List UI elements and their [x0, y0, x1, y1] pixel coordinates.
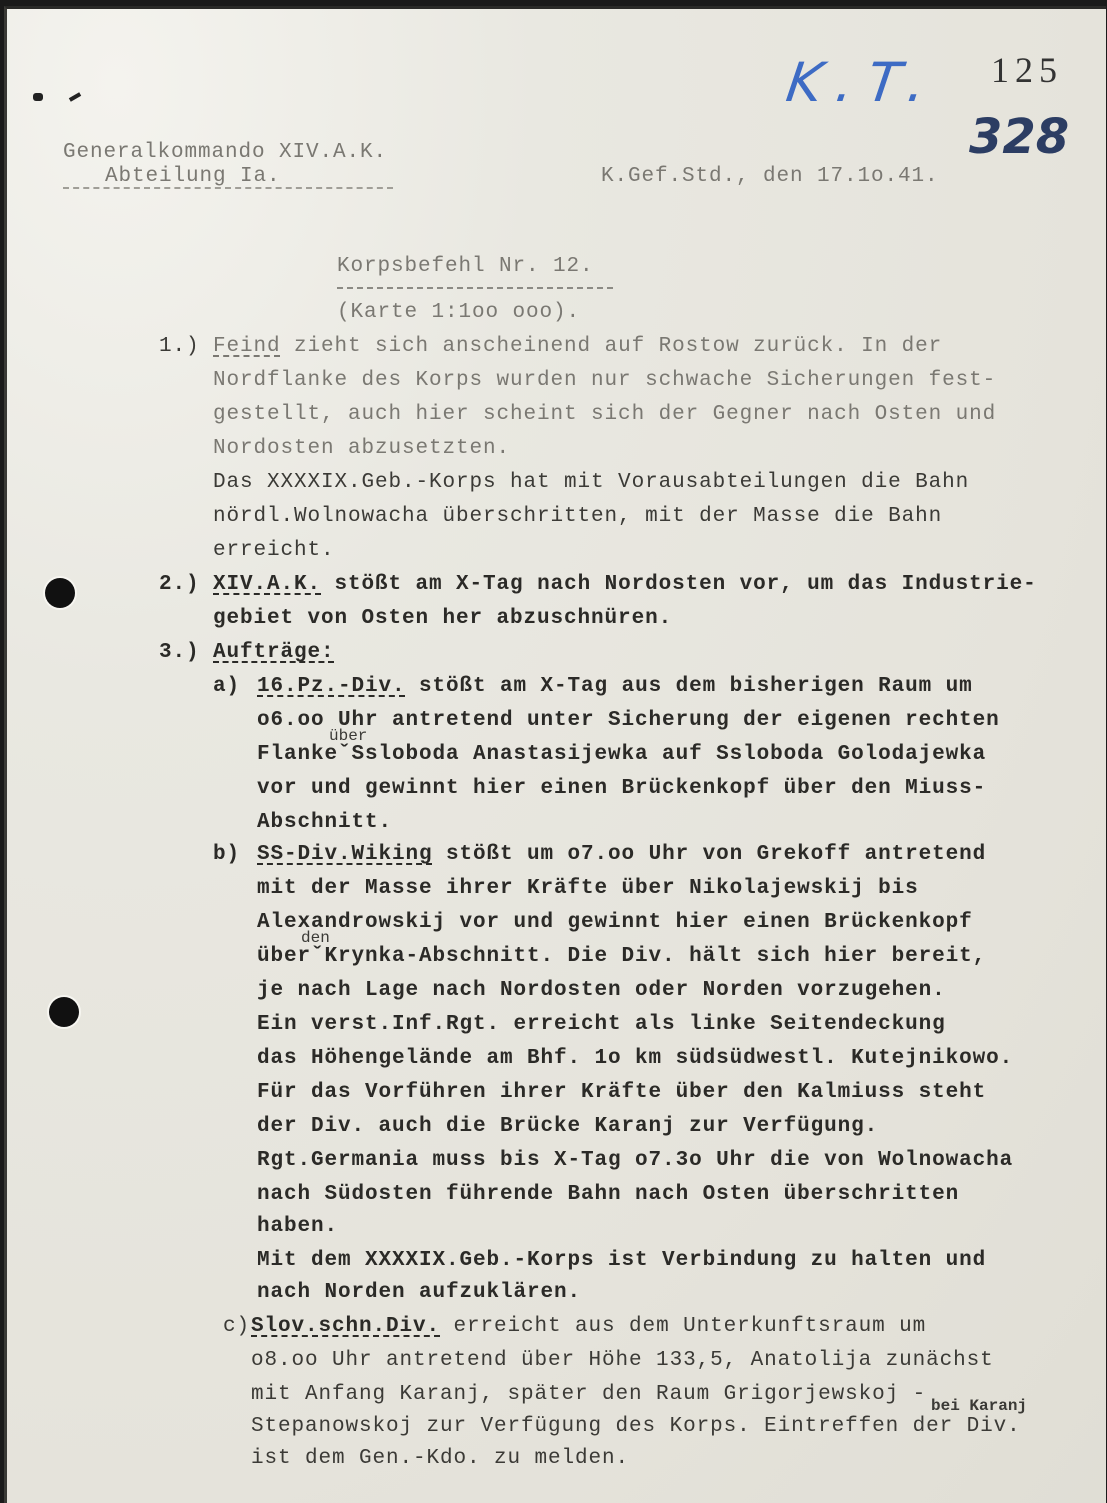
wiking-underlined: SS-Div.Wiking [257, 843, 433, 866]
section-2-line-1: XIV.A.K. stößt am X-Tag nach Nordosten v… [213, 573, 1037, 596]
corps-underlined: XIV.A.K. [213, 573, 321, 596]
item-a-line-4: vor und gewinnt hier einen Brückenkopf ü… [257, 777, 986, 800]
item-b-line-5: je nach Lage nach Nordosten oder Norden … [257, 979, 946, 1002]
page-number-stamp: 125 [991, 49, 1063, 91]
item-b-line-11: nach Südosten führende Bahn nach Osten ü… [257, 1183, 959, 1206]
punch-hole [49, 997, 79, 1027]
item-b-line-1: SS-Div.Wiking stößt um o7.oo Uhr von Gre… [257, 843, 986, 866]
item-b-line-14: nach Norden aufzuklären. [257, 1281, 581, 1304]
section-3-marker: 3.) [159, 641, 200, 664]
item-b-line-7: das Höhengelände am Bhf. 1o km südsüdwes… [257, 1047, 1013, 1070]
ink-speck [33, 93, 43, 101]
section-1-line-2: Nordflanke des Korps wurden nur schwache… [213, 369, 996, 392]
section-1-line-1: Feind zieht sich anscheinend auf Rostow … [213, 335, 942, 358]
ink-speck [69, 92, 81, 101]
item-a-marker: a) [213, 675, 240, 698]
office-line-2: Abteilung Ia. [105, 165, 281, 188]
item-a-line-2: o6.oo Uhr antretend unter Sicherung der … [257, 709, 1000, 732]
item-b-marker: b) [213, 843, 240, 866]
item-c-line-5: ist dem Gen.-Kdo. zu melden. [251, 1447, 629, 1470]
title-rule [337, 287, 613, 289]
item-b-line-12: haben. [257, 1215, 338, 1238]
item-c-line-3: mit Anfang Karanj, später den Raum Grigo… [251, 1383, 926, 1406]
item-c-line-4: Stepanowskoj zur Verfügung des Korps. Ei… [251, 1415, 1021, 1438]
section-1-line-7: erreicht. [213, 539, 335, 562]
pz-div-underlined: 16.Pz.-Div. [257, 675, 406, 698]
section-2-line-2: gebiet von Osten her abzuschnüren. [213, 607, 672, 630]
item-b-line-8: Für das Vorführen ihrer Kräfte über den … [257, 1081, 986, 1104]
item-c-insert: bei Karanj [931, 1397, 1027, 1415]
item-b-line-4: überˇKrynka-Abschnitt. Die Div. hält sic… [257, 945, 986, 968]
document-page: Generalkommando XIV.A.K. Abteilung Ia. K… [4, 6, 1106, 1500]
office-line-1: Generalkommando XIV.A.K. [63, 141, 387, 164]
section-1-line-6: nördl.Wolnowacha überschritten, mit der … [213, 505, 942, 528]
item-c-line-1: Slov.schn.Div. erreicht aus dem Unterkun… [251, 1315, 926, 1338]
section-1-line-4: Nordosten abzusetzten. [213, 437, 510, 460]
handwritten-initials: K.T. [783, 51, 944, 114]
item-b-line-6: Ein verst.Inf.Rgt. erreicht als linke Se… [257, 1013, 946, 1036]
section-1-marker: 1.) [159, 335, 200, 358]
punch-hole [45, 578, 75, 608]
slov-div-underlined: Slov.schn.Div. [251, 1315, 440, 1338]
item-a-line-5: Abschnitt. [257, 811, 392, 834]
item-a-line-1: 16.Pz.-Div. stößt am X-Tag aus dem bishe… [257, 675, 973, 698]
item-b-line-3: Alexandrowskij vor und gewinnt hier eine… [257, 911, 973, 934]
header-rule [63, 187, 393, 189]
section-1-line-3: gestellt, auch hier scheint sich der Geg… [213, 403, 996, 426]
section-2-marker: 2.) [159, 573, 200, 596]
map-scale: (Karte 1:1oo ooo). [337, 301, 580, 324]
item-b-line-9: der Div. auch die Brücke Karanj zur Verf… [257, 1115, 878, 1138]
section-3-heading: Aufträge: [213, 641, 335, 664]
order-title: Korpsbefehl Nr. 12. [337, 255, 594, 278]
place-date: K.Gef.Std., den 17.1o.41. [601, 165, 939, 188]
item-b-line-10: Rgt.Germania muss bis X-Tag o7.3o Uhr di… [257, 1149, 1013, 1172]
item-b-line-13: Mit dem XXXXIX.Geb.-Korps ist Verbindung… [257, 1249, 986, 1272]
section-1-line-5: Das XXXXIX.Geb.-Korps hat mit Vorausabte… [213, 471, 969, 494]
item-c-marker: c) [223, 1315, 250, 1338]
item-a-line-3: FlankeˇSsloboda Anastasijewka auf Sslobo… [257, 743, 986, 766]
item-b-line-2: mit der Masse ihrer Kräfte über Nikolaje… [257, 877, 919, 900]
item-c-line-2: o8.oo Uhr antretend über Höhe 133,5, Ana… [251, 1349, 994, 1372]
feind-underlined: Feind [213, 335, 281, 358]
archive-number: 328 [969, 109, 1069, 165]
